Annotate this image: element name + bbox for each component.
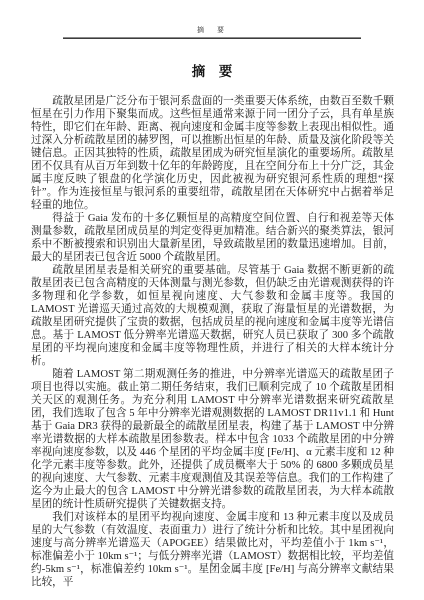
abstract-paragraph-5: 我们对该样本的星团平均视向速度、金属丰度和 13 种元素丰度以及成员星的大气参数… — [31, 511, 394, 589]
page-number: I — [211, 559, 214, 568]
page-title: 摘 要 — [0, 63, 424, 81]
header-rule — [63, 37, 361, 39]
abstract-paragraph-2: 得益于 Gaia 发布的十多亿颗恒星的高精度空间位置、自行和视差等天体测量参数，… — [31, 212, 394, 264]
abstract-paragraph-3: 疏散星团星表是相关研究的重要基础。尽管基于 Gaia 数据不断更新的疏散星团表已… — [31, 264, 394, 368]
abstract-page: 摘 要 摘 要 疏散星团是广泛分布于银河系盘面的一类重要天体系统，由数百至数千颗… — [0, 0, 424, 600]
running-header: 摘 要 — [63, 26, 361, 39]
page-footer: I — [0, 559, 424, 569]
abstract-body: 疏散星团是广泛分布于银河系盘面的一类重要天体系统，由数百至数千颗恒星在引力作用下… — [31, 95, 394, 589]
abstract-paragraph-4: 随着 LAMOST 第二期观测任务的推进，中分辨率光谱巡天的疏散星团子项目也得以… — [31, 368, 394, 511]
running-header-title: 摘 要 — [63, 26, 361, 35]
abstract-paragraph-1: 疏散星团是广泛分布于银河系盘面的一类重要天体系统，由数百至数千颗恒星在引力作用下… — [31, 95, 394, 212]
